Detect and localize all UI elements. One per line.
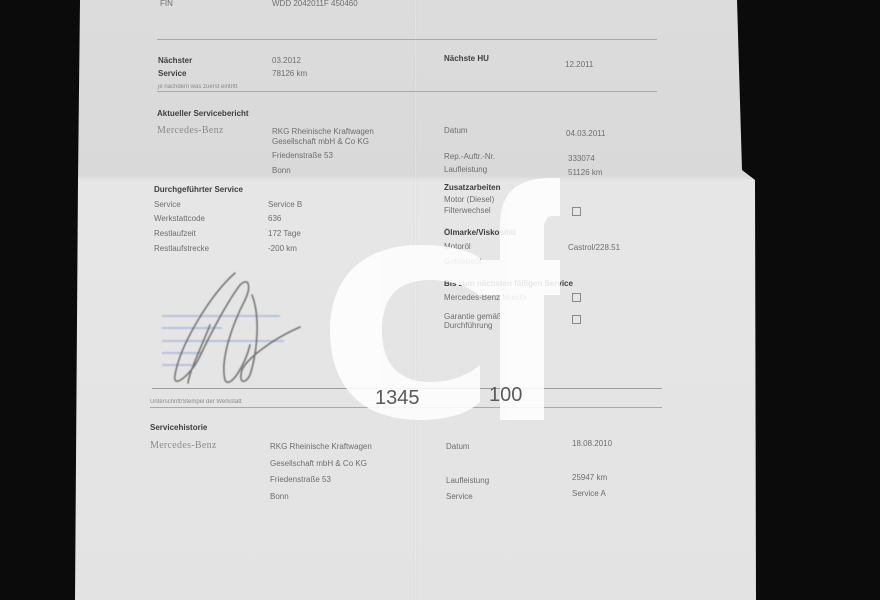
fin-label: FIN	[160, 0, 173, 8]
warranty-checkbox	[572, 315, 581, 324]
mileage-value: 51126 km	[568, 169, 603, 177]
order-number-label: Rep.-Auftr.-Nr.	[444, 153, 495, 161]
remaining-distance-label: Restlaufstrecke	[154, 245, 209, 253]
signature-caption: Unterschrift/Stempel der Werkstatt	[150, 399, 242, 405]
order-number-value: 333074	[568, 155, 595, 163]
engine-oil-value: Castrol/228.51	[568, 244, 620, 252]
history-mileage-value: 25947 km	[572, 474, 607, 482]
watermark-number-left: 1345	[375, 387, 420, 410]
next-service-km: 78126 km	[272, 70, 307, 78]
history-dealer-line: Bonn	[270, 493, 289, 501]
next-service-date: 03.2012	[272, 57, 301, 65]
cf-watermark-logo	[320, 170, 560, 420]
next-service-label-2: Service	[158, 70, 186, 78]
dealer-line: Friedenstraße 53	[272, 152, 333, 160]
history-date-label: Datum	[446, 443, 470, 451]
history-mileage-label: Laufleistung	[446, 477, 489, 485]
current-date-label: Datum	[444, 127, 468, 135]
remaining-time-label: Restlaufzeit	[154, 230, 196, 238]
dealer-line: Bonn	[272, 167, 291, 175]
dealer-line: RKG Rheinische Kraftwagen	[272, 128, 374, 136]
current-date-value: 04.03.2011	[566, 130, 605, 138]
current-report-heading: Aktueller Servicebericht	[157, 110, 249, 118]
signature-scribble	[150, 265, 320, 395]
history-date-value: 18.08.2010	[572, 440, 612, 448]
workshop-code-value: 636	[268, 215, 281, 223]
fin-value: WDD 2042011F 450460	[272, 0, 358, 8]
history-service-value: Service A	[572, 490, 606, 498]
history-dealer-line: RKG Rheinische Kraftwagen	[270, 443, 372, 451]
history-heading: Servicehistorie	[150, 424, 207, 432]
next-hu-label: Nächste HU	[444, 55, 489, 63]
dealer-line: Gesellschaft mbH & Co KG	[272, 138, 369, 146]
brand-logo-text: Mercedes-Benz	[157, 126, 224, 136]
history-dealer-line: Gesellschaft mbH & Co KG	[270, 460, 367, 468]
workshop-code-label: Werkstattcode	[154, 215, 205, 223]
filter-change-checkbox	[572, 207, 581, 216]
divider	[157, 91, 657, 92]
mobilo-checkbox	[572, 293, 581, 302]
watermark-number-right: 100	[489, 384, 522, 407]
next-service-label-1: Nächster	[158, 57, 192, 65]
service-type-value: Service B	[268, 201, 302, 209]
remaining-time-value: 172 Tage	[268, 230, 301, 238]
history-service-label: Service	[446, 493, 473, 501]
service-type-label: Service	[154, 201, 181, 209]
divider	[157, 39, 657, 40]
history-dealer-line: Friedenstraße 53	[270, 476, 331, 484]
remaining-distance-value: -200 km	[268, 245, 297, 253]
next-hu-value: 12.2011	[565, 61, 593, 69]
history-brand-logo-text: Mercedes-Benz	[150, 441, 217, 451]
next-service-note: je nachdem was zuerst eintritt	[158, 84, 237, 90]
performed-service-heading: Durchgeführter Service	[154, 186, 243, 194]
